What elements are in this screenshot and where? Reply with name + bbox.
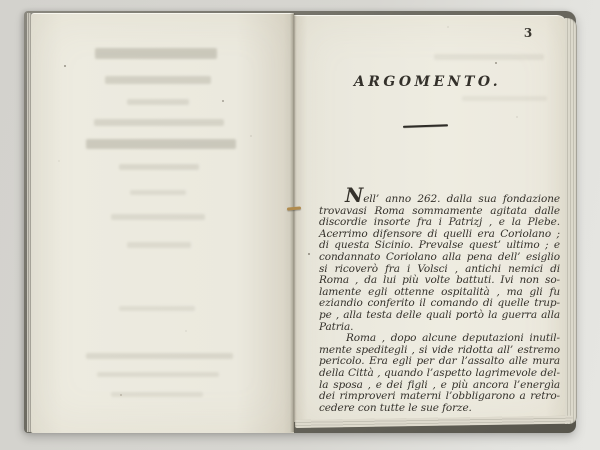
page-number: 3: [520, 26, 536, 40]
text-line: cedere con tutte le sue forze.: [319, 403, 560, 415]
show-through-text-line: [130, 190, 186, 195]
text-line: Roma , dopo alcune deputazioni inutil-: [319, 333, 560, 345]
show-through-text-line: [127, 242, 191, 248]
body-text: Nell’ anno 262. dalla sua fondazionetrov…: [319, 193, 560, 414]
show-through-text-line: [111, 214, 205, 220]
left-page: [31, 13, 294, 433]
page-fore-edge-stack: [565, 18, 577, 424]
show-through-text-line: [434, 54, 544, 60]
text-line: della Città , quando l’aspetto lagrimevo…: [319, 368, 560, 380]
paragraph-1: Nell’ anno 262. dalla sua fondazionetrov…: [319, 193, 560, 333]
text-line: Nell’ anno 262. dalla sua fondazione: [319, 193, 560, 206]
argomento-heading: ARGOMENTO.: [307, 74, 548, 90]
show-through-text-line: [86, 139, 236, 149]
right-page: 3 ARGOMENTO. Nell’ anno 262. dalla sua f…: [294, 15, 567, 422]
show-through-text-line: [119, 306, 195, 311]
show-through-text-line: [95, 48, 217, 59]
show-through-text-line: [119, 164, 199, 170]
text-line: pe , alla testa delle quali portò la gue…: [319, 310, 560, 322]
show-through-text-line: [127, 99, 189, 105]
show-through-text-line: [97, 372, 219, 377]
show-through-text-line: [462, 96, 547, 101]
text-line: condannato Coriolano alla pena dell’ esi…: [319, 252, 560, 264]
text-line: Roma , da lui più volte battuti. Ivi non…: [319, 275, 560, 287]
foxing-specks: [0, 0, 2, 2]
text-line: dei rimproveri materni l’obbligarono a r…: [319, 391, 560, 403]
book-gutter: [290, 13, 297, 432]
paragraph-2: Roma , dopo alcune deputazioni inutil-me…: [319, 333, 560, 414]
show-through-text-line: [105, 76, 211, 84]
heading-divider-rule: [403, 124, 448, 128]
show-through-text-line: [94, 119, 224, 126]
photo-background: 3 ARGOMENTO. Nell’ anno 262. dalla sua f…: [0, 0, 600, 450]
show-through-text-line: [86, 353, 233, 359]
show-through-text-line: [111, 392, 203, 397]
